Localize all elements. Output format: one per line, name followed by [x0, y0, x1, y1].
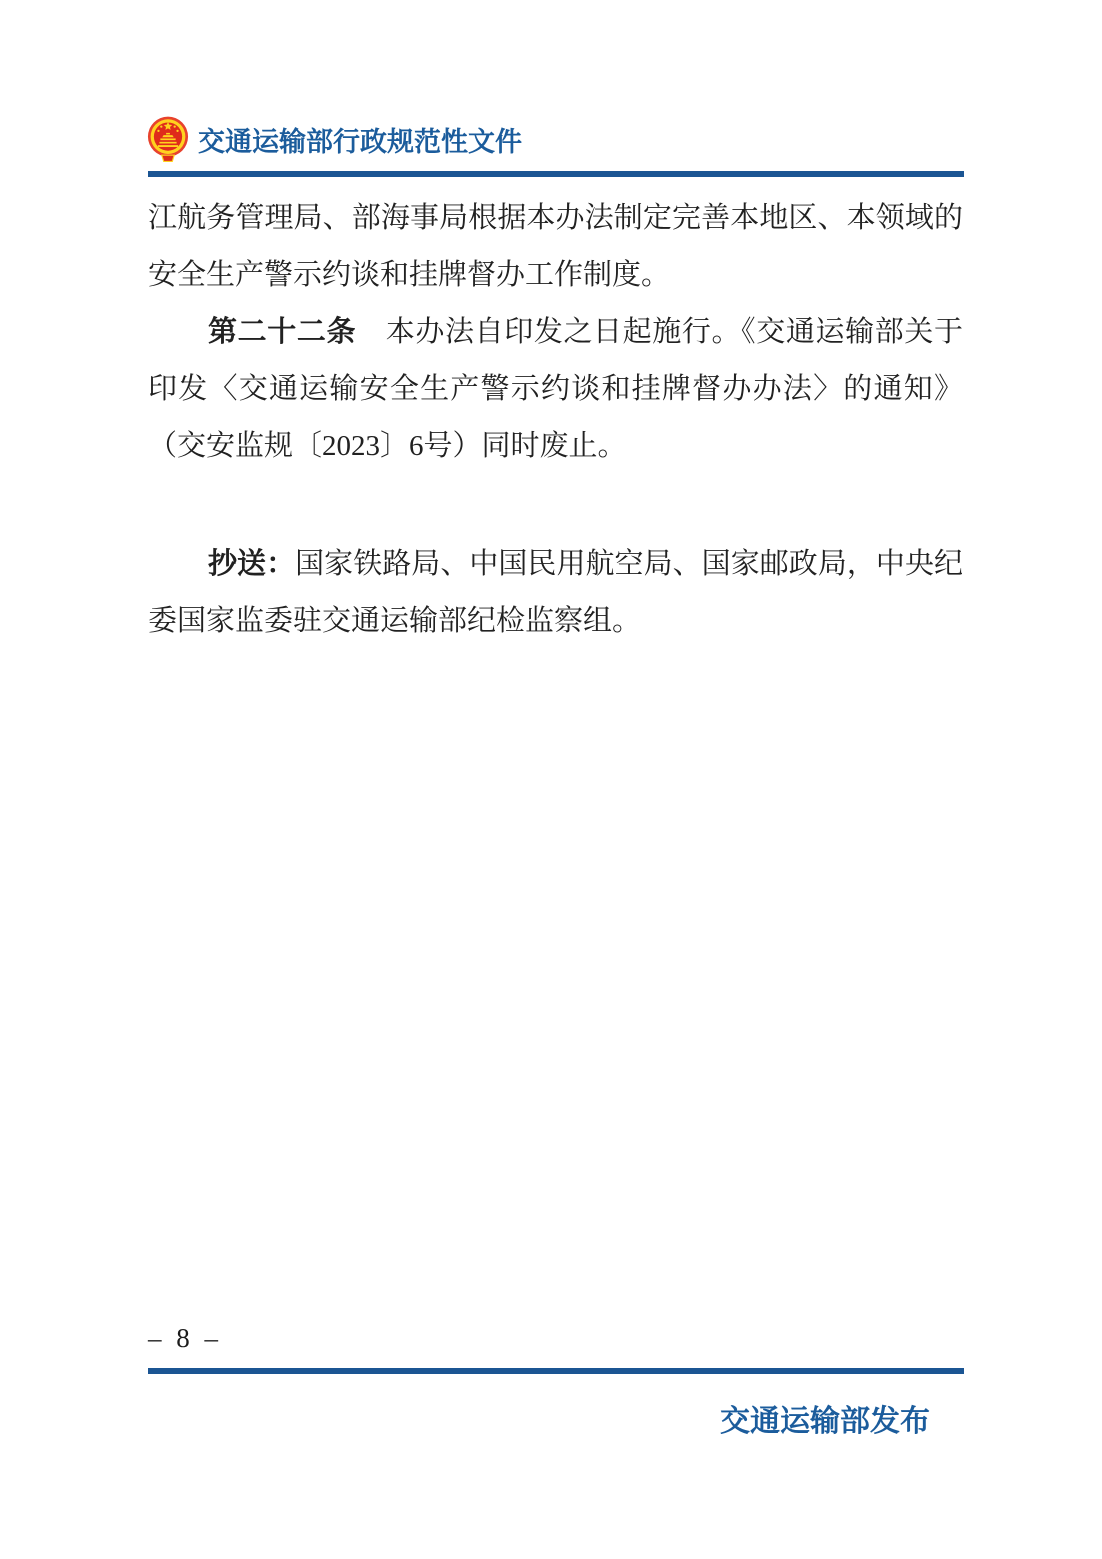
document-header: 交通运输部行政规范性文件: [147, 110, 963, 168]
paragraph-article-22: 第二十二条 本办法自印发之日起施行。《交通运输部关于印发〈交通运输安全生产警示约…: [148, 304, 963, 475]
page-number: – 8 –: [148, 1323, 222, 1354]
national-emblem-icon: [147, 113, 189, 165]
cc-label: 抄送：: [208, 548, 295, 580]
paragraph-continuation: 江航务管理局、部海事局根据本办法制定完善本地区、本领域的安全生产警示约谈和挂牌督…: [148, 190, 963, 304]
publisher-label: 交通运输部发布: [720, 1396, 930, 1440]
text-run: 江航务管理局、部海事局根据本办法制定完善本地区、本领域的安全生产警示约谈和挂牌督…: [148, 202, 963, 291]
document-body: 江航务管理局、部海事局根据本办法制定完善本地区、本领域的安全生产警示约谈和挂牌督…: [148, 190, 963, 650]
document-page: 交通运输部行政规范性文件 江航务管理局、部海事局根据本办法制定完善本地区、本领域…: [0, 0, 1102, 1559]
paragraph-cc: 抄送：国家铁路局、中国民用航空局、国家邮政局，中央纪委国家监委驻交通运输部纪检监…: [148, 536, 963, 650]
article-number-label: 第二十二条: [208, 316, 356, 348]
header-divider-rule: [148, 171, 964, 177]
footer-divider-rule: [148, 1368, 964, 1374]
document-type-title: 交通运输部行政规范性文件: [198, 120, 522, 159]
